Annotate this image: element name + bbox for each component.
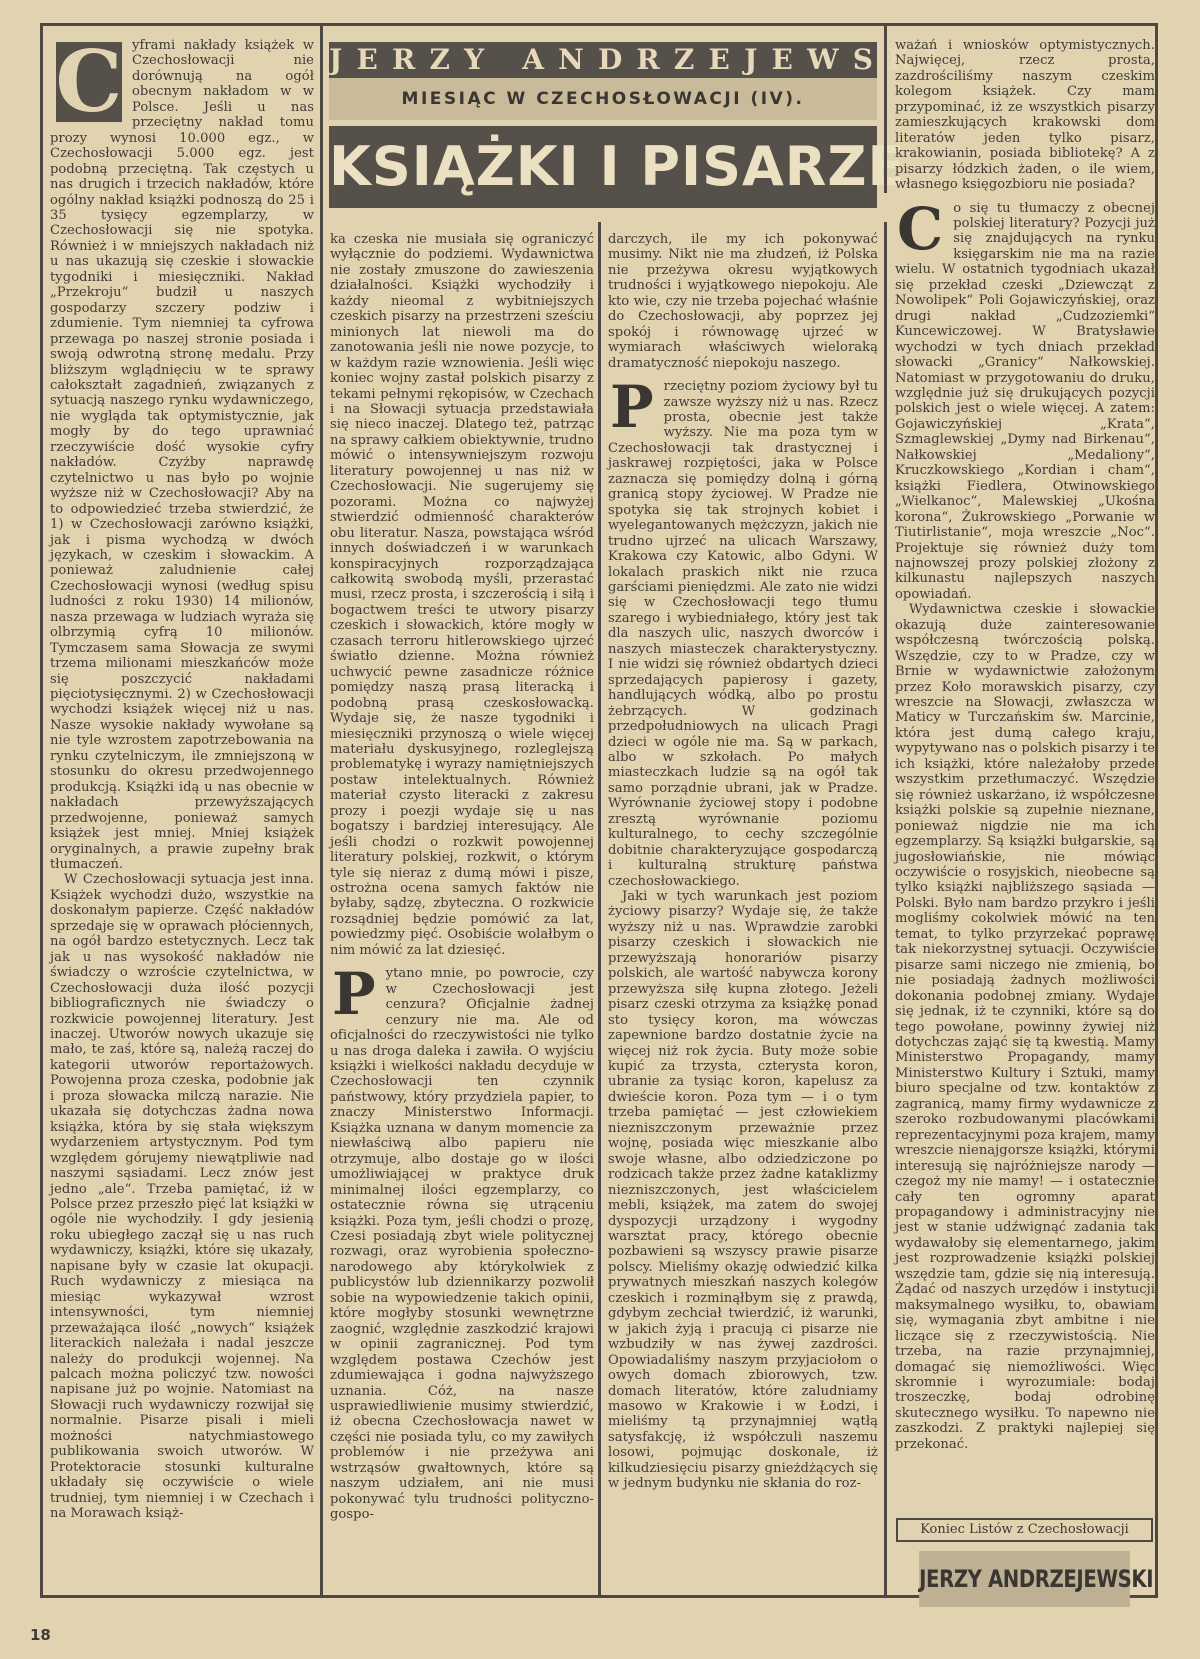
paragraph: yframi nakłady książek w Czechosłowacji …: [50, 38, 314, 872]
dropcap-p: P: [332, 970, 376, 1018]
author-banner: JERZY ANDRZEJEWSKI: [329, 42, 877, 78]
paragraph: Przeciętny poziom życiowy był tu zawsze …: [608, 379, 878, 889]
paragraph: W Czechosłowacji sytuacja jest inna. Ksi…: [50, 872, 314, 1521]
paragraph: ka czeska nie musiała się ograniczyć wył…: [330, 232, 594, 958]
dropcap-p: P: [610, 383, 654, 431]
paragraph: Pytano mnie, po powrocie, czy w Czechosł…: [330, 966, 594, 1522]
paragraph: Wydawnictwa czeskie i słowackie okazują …: [895, 602, 1155, 1452]
paragraph: Co się tu tłumaczy z obecnej polskiej li…: [895, 201, 1155, 603]
paragraph: Jaki w tych warunkach jest poziom życiow…: [608, 889, 878, 1492]
end-note: Koniec Listów z Czechosłowacji: [896, 1518, 1153, 1542]
paragraph: ważań i wniosków optymistycznych. Najwię…: [895, 38, 1155, 193]
paragraph: darczych, ile my ich pokonywać musimy. N…: [608, 232, 878, 371]
column-divider: [320, 23, 323, 1598]
page-number: 18: [30, 1626, 51, 1644]
dropcap-c: C: [56, 42, 122, 122]
author-signature: JERZY ANDRZEJEWSKI: [919, 1551, 1130, 1607]
column-3: darczych, ile my ich pokonywać musimy. N…: [608, 232, 878, 1492]
column-1: C yframi nakłady książek w Czechosłowacj…: [50, 38, 314, 1522]
dropcap-c: C: [897, 205, 943, 253]
column-divider: [884, 23, 887, 193]
paragraph-text: ytano mnie, po powrocie, czy w Czechosło…: [330, 966, 594, 1522]
article-title: KSIĄŻKI I PISARZE: [329, 126, 877, 208]
column-divider: [884, 222, 887, 1598]
column-4: ważań i wniosków optymistycznych. Najwię…: [895, 38, 1155, 1452]
column-divider: [598, 222, 601, 1598]
series-subtitle: MIESIĄC W CZECHOSŁOWACJI (IV).: [329, 78, 877, 120]
column-2: ka czeska nie musiała się ograniczyć wył…: [330, 232, 594, 1523]
paragraph-text: rzeciętny poziom życiowy był tu zawsze w…: [608, 379, 878, 889]
